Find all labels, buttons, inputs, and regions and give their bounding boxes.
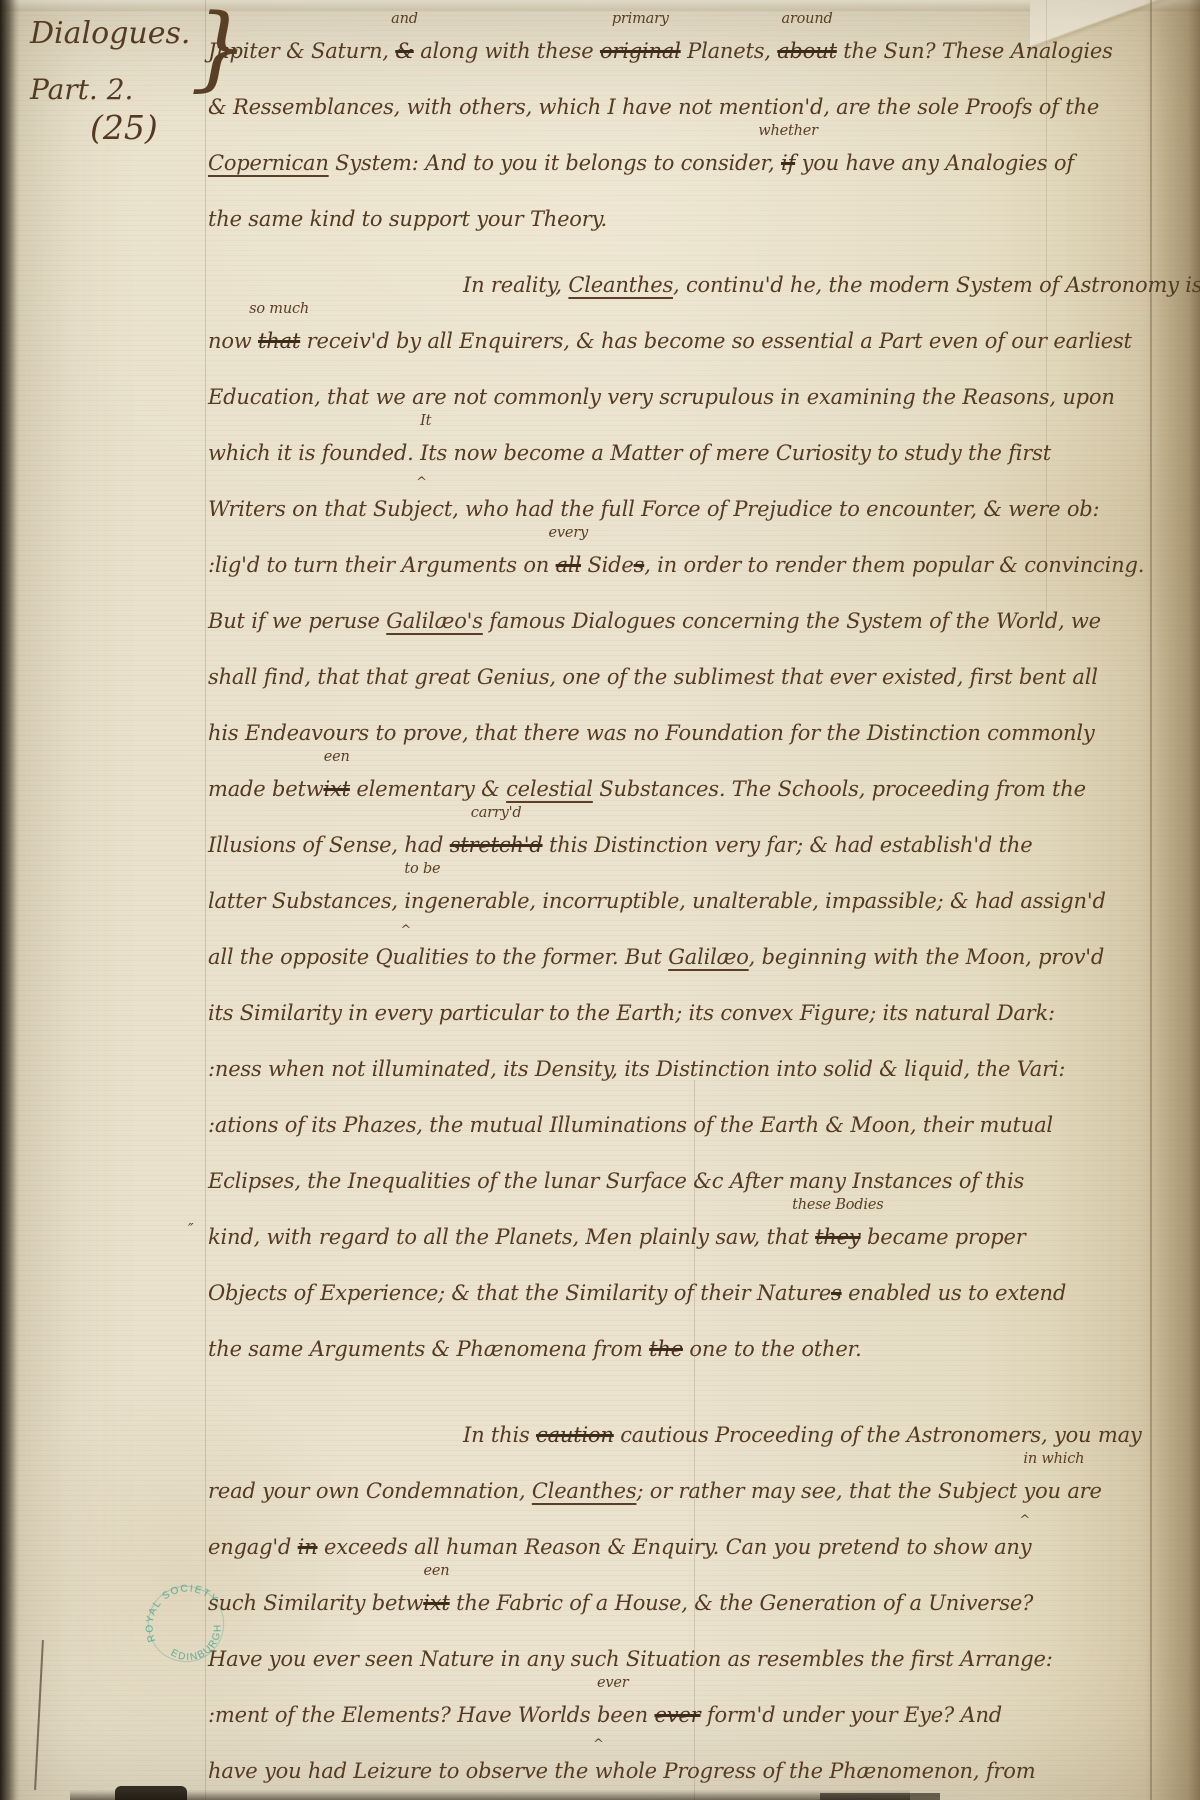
- text-segment: famous Dialogues concerning the System o…: [483, 609, 1101, 633]
- manuscript-line: & Ressemblances, with others, which I ha…: [208, 82, 1068, 138]
- text-segment: s: [634, 553, 645, 577]
- text-segment: the Sun? These Analogies: [837, 39, 1113, 63]
- manuscript-line: :lig'd to turn their Arguments on alleve…: [208, 540, 1068, 596]
- bottom-shadow: [70, 1790, 910, 1800]
- manuscript-line: Copernican System: And to you it belongs…: [208, 138, 1068, 194]
- deleted-word: stretch'd: [450, 833, 543, 857]
- manuscript-text: enabled us to extend: [842, 1281, 1067, 1305]
- manuscript-text: Illusions of Sense, had: [208, 833, 450, 857]
- manuscript-text: In reality,: [463, 273, 568, 297]
- text-segment: cautious Proceeding of the Astronomers, …: [614, 1423, 1142, 1447]
- underlined-word: Galilæo: [668, 945, 748, 969]
- underlined-word: Galilæo's: [386, 609, 483, 633]
- manuscript-text: receiv'd by all Enquirers, & has become …: [300, 329, 1132, 353]
- manuscript-text: his Endeavours to prove, that there was …: [208, 721, 1095, 745]
- manuscript-text: :ations of its Phazes, the mutual Illumi…: [208, 1113, 1053, 1137]
- text-segment: everbeen: [597, 1690, 648, 1740]
- text-segment: now: [208, 329, 258, 353]
- text-segment: along with these: [414, 39, 600, 63]
- manuscript-text: , continu'd he, the modern System of Ast…: [673, 273, 1200, 297]
- manuscript-line: Illusions of Sense, had stretch'dcarry'd…: [208, 820, 1068, 876]
- text-segment: the: [649, 1337, 683, 1361]
- manuscript-text: System: And to you it belongs to conside…: [329, 151, 781, 175]
- manuscript-line: :ment of the Elements? Have Worlds everb…: [208, 1690, 1068, 1746]
- text-segment: celestial: [506, 777, 593, 801]
- manuscript-text: ingenerable, incorruptible, unalterable,…: [404, 889, 1105, 913]
- text-segment: this Distinction very far; & had establi…: [543, 833, 1033, 857]
- text-segment: the Fabric of a House, & the Generation …: [450, 1591, 1034, 1615]
- text-segment: such Similarity betw: [208, 1591, 423, 1615]
- manuscript-line: Jupiter & Saturn, &and along with these …: [208, 26, 1068, 82]
- text-segment: ItIts: [420, 428, 447, 478]
- text-segment: Cleanthes: [532, 1479, 637, 1503]
- manuscript-text: famous Dialogues concerning the System o…: [483, 609, 1101, 633]
- manuscript-line: :ness when not illuminated, its Density,…: [208, 1044, 1068, 1100]
- text-segment: shall find, that that great Genius, one …: [208, 665, 1098, 689]
- manuscript-text: the same kind to support your Theory.: [208, 207, 607, 231]
- manuscript-line: :ations of its Phazes, the mutual Illumi…: [208, 1100, 1068, 1156]
- manuscript-line: But if we peruse Galilæo's famous Dialog…: [208, 596, 1068, 652]
- deleted-word: s: [831, 1281, 842, 1305]
- text-segment: made betw: [208, 777, 323, 801]
- manuscript-text: you are: [1023, 1479, 1101, 1503]
- text-segment: ever: [654, 1703, 700, 1727]
- manuscript-text: the same Arguments & Phænomena from: [208, 1337, 649, 1361]
- manuscript-text: Its: [420, 441, 447, 465]
- manuscript-text: its Similarity in every particular to th…: [208, 1001, 1055, 1025]
- manuscript-part: Part. 2.: [30, 73, 190, 106]
- deleted-word: ixt: [323, 777, 349, 801]
- text-segment: In reality,: [463, 273, 568, 297]
- insertion-mark: ″: [188, 1204, 193, 1254]
- manuscript-line: latter Substances, to beingenerable, inc…: [208, 876, 1068, 932]
- text-segment: stretch'dcarry'd: [450, 820, 543, 870]
- manuscript-text: Writers on that Subject, who had the ful…: [208, 497, 1099, 521]
- underlined-word: Cleanthes: [532, 1479, 637, 1503]
- text-segment: Cleanthes: [568, 273, 673, 297]
- manuscript-text: :lig'd to turn their Arguments on: [208, 553, 556, 577]
- manuscript-text: you have any Analogies of: [795, 151, 1074, 175]
- manuscript-title: Dialogues.: [30, 16, 190, 51]
- manuscript-line: all the opposite Qualities to the former…: [208, 932, 1068, 988]
- manuscript-text: & Ressemblances, with others, which I ha…: [208, 95, 1099, 119]
- deleted-word: s: [634, 553, 645, 577]
- interline-insertion: primary: [612, 12, 669, 27]
- text-segment: ixteen: [423, 1578, 449, 1628]
- manuscript-line: Have you ever seen Nature in any such Si…: [208, 1634, 1068, 1690]
- manuscript-line: the same Arguments & Phænomena from the …: [208, 1324, 1068, 1380]
- margin-crease: [205, 0, 206, 1800]
- text-segment: have you had Leizure to observe the whol…: [208, 1759, 1035, 1783]
- manuscript-text: one to the other.: [683, 1337, 862, 1361]
- text-segment: Education, that we are not commonly very…: [208, 385, 1115, 409]
- deleted-word: if: [781, 151, 795, 175]
- manuscript-line: engag'd in exceeds all human Reason & En…: [208, 1522, 1068, 1578]
- manuscript-text: Substances. The Schools, proceeding from…: [593, 777, 1086, 801]
- manuscript-line: Education, that we are not commonly very…: [208, 372, 1068, 428]
- text-segment: :ations of its Phazes, the mutual Illumi…: [208, 1113, 1053, 1137]
- manuscript-line: its Similarity in every particular to th…: [208, 988, 1068, 1044]
- text-segment: Jupiter & Saturn,: [208, 39, 395, 63]
- manuscript-text: latter Substances,: [208, 889, 404, 913]
- paragraph: In reality, Cleanthes, continu'd he, the…: [208, 260, 1068, 1380]
- text-segment: Eclipses, the Inequalities of the lunar …: [208, 1169, 1024, 1193]
- text-segment: you have any Analogies of: [795, 151, 1074, 175]
- text-segment: :lig'd to turn their Arguments on: [208, 553, 556, 577]
- manuscript-text: Objects of Experience; & that the Simila…: [208, 1281, 831, 1305]
- text-segment: s: [831, 1281, 842, 1305]
- interline-insertion: and: [391, 12, 418, 27]
- text-segment: engag'd: [208, 1535, 298, 1559]
- page-top-edge: [0, 0, 1200, 12]
- manuscript-line: Eclipses, the Inequalities of the lunar …: [208, 1156, 1068, 1212]
- underlined-word: Copernican: [208, 151, 329, 175]
- manuscript-text: read your own Condemnation,: [208, 1479, 532, 1503]
- text-segment: one to the other.: [683, 1337, 862, 1361]
- interline-insertion: whether: [758, 124, 818, 139]
- text-segment: But if we peruse: [208, 609, 386, 633]
- text-segment: & Ressemblances, with others, which I ha…: [208, 95, 1099, 119]
- page-left-edge: [0, 0, 20, 1800]
- stamp-text-top: ROYAL SOCIETY: [128, 1567, 221, 1646]
- text-segment: Copernican: [208, 151, 329, 175]
- paragraph: In this caution cautious Proceeding of t…: [208, 1410, 1068, 1800]
- underlined-word: celestial: [506, 777, 593, 801]
- text-segment: read your own Condemnation,: [208, 1479, 532, 1503]
- text-segment: , beginning with the Moon, prov'd: [749, 945, 1104, 969]
- text-segment: theythese Bodies: [815, 1212, 860, 1262]
- text-segment: all the opposite Qualities to the former…: [208, 945, 668, 969]
- paragraph: Jupiter & Saturn, &and along with these …: [208, 26, 1068, 250]
- manuscript-line: read your own Condemnation, Cleanthes; o…: [208, 1466, 1068, 1522]
- text-segment: :ness when not illuminated, its Density,…: [208, 1057, 1065, 1081]
- underlined-word: Cleanthes: [568, 273, 673, 297]
- svg-text:ROYAL SOCIETY: ROYAL SOCIETY: [128, 1567, 221, 1646]
- text-segment: originalprimary: [600, 26, 681, 76]
- manuscript-text: now become a Matter of mere Curiosity to…: [447, 441, 1051, 465]
- manuscript-text: elementary &: [350, 777, 506, 801]
- manuscript-text: now: [208, 329, 258, 353]
- manuscript-line: shall find, that that great Genius, one …: [208, 652, 1068, 708]
- text-segment: receiv'd by all Enquirers, & has become …: [300, 329, 1132, 353]
- page-number: (25): [90, 108, 158, 147]
- text-segment: its Similarity in every particular to th…: [208, 1001, 1055, 1025]
- text-segment: In this: [463, 1423, 536, 1447]
- manuscript-text: all the opposite Qualities to the former…: [208, 945, 668, 969]
- manuscript-line: which it is founded. ItIts now become a …: [208, 428, 1068, 484]
- text-segment: , in order to render them popular & conv…: [644, 553, 1144, 577]
- manuscript-text: ; or rather may see, that the Subject: [636, 1479, 1023, 1503]
- text-segment: form'd under your Eye? And: [700, 1703, 1002, 1727]
- manuscript-page: Dialogues. Part. 2. } (25) Jupiter & Sat…: [0, 0, 1200, 1800]
- interline-insertion: so much: [249, 302, 309, 317]
- manuscript-text: Have you ever seen Nature in any such Si…: [208, 1647, 1053, 1671]
- text-column: Jupiter & Saturn, &and along with these …: [208, 26, 1068, 1800]
- paper-crack: [34, 1640, 44, 1790]
- interline-insertion: every: [549, 526, 588, 541]
- interline-insertion: ever: [597, 1676, 629, 1691]
- margin-header: Dialogues. Part. 2. }: [30, 16, 190, 106]
- text-segment: ixteen: [323, 764, 349, 814]
- deleted-word: ever: [654, 1703, 700, 1727]
- deleted-word: ixt: [423, 1591, 449, 1615]
- deleted-word: &: [395, 39, 414, 63]
- text-segment: the same Arguments & Phænomena from: [208, 1337, 649, 1361]
- manuscript-line: In this caution cautious Proceeding of t…: [208, 1410, 1068, 1466]
- interline-insertion: around: [781, 12, 832, 27]
- text-segment: which it is founded.: [208, 441, 420, 465]
- interline-insertion: een: [424, 1564, 450, 1579]
- text-segment: Objects of Experience; & that the Simila…: [208, 1281, 831, 1305]
- text-segment: allevery: [556, 540, 581, 590]
- text-segment: enabled us to extend: [842, 1281, 1067, 1305]
- manuscript-text: exceeds all human Reason & Enquiry. Can …: [318, 1535, 1032, 1559]
- manuscript-text: the Fabric of a House, & the Generation …: [450, 1591, 1034, 1615]
- text-segment: aboutaround: [777, 26, 837, 76]
- deleted-word: all: [556, 553, 581, 577]
- manuscript-text: , beginning with the Moon, prov'd: [749, 945, 1104, 969]
- text-segment: his Endeavours to prove, that there was …: [208, 721, 1095, 745]
- manuscript-text: this Distinction very far; & had establi…: [543, 833, 1033, 857]
- manuscript-text: Eclipses, the Inequalities of the lunar …: [208, 1169, 1024, 1193]
- manuscript-line: now thatso much receiv'd by all Enquirer…: [208, 316, 1068, 372]
- manuscript-text: made betw: [208, 777, 323, 801]
- manuscript-text: became proper: [861, 1225, 1026, 1249]
- text-segment: :ment of the Elements? Have Worlds: [208, 1703, 597, 1727]
- text-segment: Writers on that Subject, who had the ful…: [208, 497, 1099, 521]
- manuscript-text: Side: [581, 553, 634, 577]
- text-segment: ifwhether: [781, 138, 795, 188]
- manuscript-text: been: [597, 1703, 648, 1727]
- text-segment: caution: [536, 1423, 614, 1447]
- manuscript-text: In this: [463, 1423, 536, 1447]
- manuscript-line: Writers on that Subject, who had the ful…: [208, 484, 1068, 540]
- manuscript-text: kind, with regard to all the Planets, Me…: [208, 1225, 815, 1249]
- manuscript-text: shall find, that that great Genius, one …: [208, 665, 1098, 689]
- bottom-ink-mark: [115, 1786, 187, 1800]
- deleted-word: the: [649, 1337, 683, 1361]
- manuscript-line: In reality, Cleanthes, continu'd he, the…: [208, 260, 1068, 316]
- text-segment: the same kind to support your Theory.: [208, 207, 607, 231]
- text-segment: ; or rather may see, that the Subject: [636, 1479, 1023, 1503]
- manuscript-text: :ness when not illuminated, its Density,…: [208, 1057, 1065, 1081]
- manuscript-text: Planets,: [681, 39, 778, 63]
- deleted-word: caution: [536, 1423, 614, 1447]
- deleted-word: they: [815, 1225, 860, 1249]
- text-segment: kind, with regard to all the Planets, Me…: [208, 1225, 815, 1249]
- text-segment: Illusions of Sense, had: [208, 833, 450, 857]
- text-segment: , continu'd he, the modern System of Ast…: [673, 273, 1200, 297]
- manuscript-line: the same kind to support your Theory.: [208, 194, 1068, 250]
- text-segment: latter Substances,: [208, 889, 404, 913]
- manuscript-line: Objects of Experience; & that the Simila…: [208, 1268, 1068, 1324]
- manuscript-text: the Sun? These Analogies: [837, 39, 1113, 63]
- text-segment: Substances. The Schools, proceeding from…: [593, 777, 1086, 801]
- text-segment: in: [298, 1535, 318, 1559]
- interline-insertion: these Bodies: [792, 1198, 883, 1213]
- text-segment: &and: [395, 26, 414, 76]
- interline-insertion: carry'd: [471, 806, 522, 821]
- text-segment: Have you ever seen Nature in any such Si…: [208, 1647, 1053, 1671]
- manuscript-text: Education, that we are not commonly very…: [208, 385, 1115, 409]
- text-segment: to beingenerable, incorruptible, unalter…: [404, 876, 1105, 926]
- manuscript-line: ″kind, with regard to all the Planets, M…: [208, 1212, 1068, 1268]
- manuscript-text: which it is founded.: [208, 441, 420, 465]
- manuscript-text: form'd under your Eye? And: [700, 1703, 1002, 1727]
- manuscript-text: along with these: [414, 39, 600, 63]
- text-segment: elementary &: [350, 777, 506, 801]
- manuscript-text: , in order to render them popular & conv…: [644, 553, 1144, 577]
- text-segment: Side: [581, 553, 634, 577]
- manuscript-text: such Similarity betw: [208, 1591, 423, 1615]
- text-segment: thatso much: [258, 316, 300, 366]
- manuscript-text: engag'd: [208, 1535, 298, 1559]
- deleted-word: about: [777, 39, 837, 63]
- manuscript-text: Jupiter & Saturn,: [208, 39, 395, 63]
- text-segment: Planets,: [681, 39, 778, 63]
- text-segment: Galilæo's: [386, 609, 483, 633]
- deleted-word: original: [600, 39, 681, 63]
- bottom-ink-mark-2: [820, 1793, 940, 1800]
- text-segment: in whichyou are: [1023, 1466, 1101, 1516]
- manuscript-text: :ment of the Elements? Have Worlds: [208, 1703, 597, 1727]
- text-segment: System: And to you it belongs to conside…: [329, 151, 781, 175]
- manuscript-text: have you had Leizure to observe the whol…: [208, 1759, 1035, 1783]
- interline-insertion: to be: [404, 862, 440, 877]
- interline-insertion: een: [324, 750, 350, 765]
- text-segment: became proper: [861, 1225, 1026, 1249]
- interline-insertion: It: [420, 414, 431, 429]
- text-segment: Galilæo: [668, 945, 748, 969]
- manuscript-line: made betwixteen elementary & celestial S…: [208, 764, 1068, 820]
- interline-insertion: in which: [1023, 1452, 1084, 1467]
- manuscript-text: cautious Proceeding of the Astronomers, …: [614, 1423, 1142, 1447]
- deleted-word: in: [298, 1535, 318, 1559]
- text-segment: exceeds all human Reason & Enquiry. Can …: [318, 1535, 1032, 1559]
- manuscript-text: But if we peruse: [208, 609, 386, 633]
- text-segment: now become a Matter of mere Curiosity to…: [447, 441, 1051, 465]
- manuscript-line: such Similarity betwixteen the Fabric of…: [208, 1578, 1068, 1634]
- deleted-word: that: [258, 329, 300, 353]
